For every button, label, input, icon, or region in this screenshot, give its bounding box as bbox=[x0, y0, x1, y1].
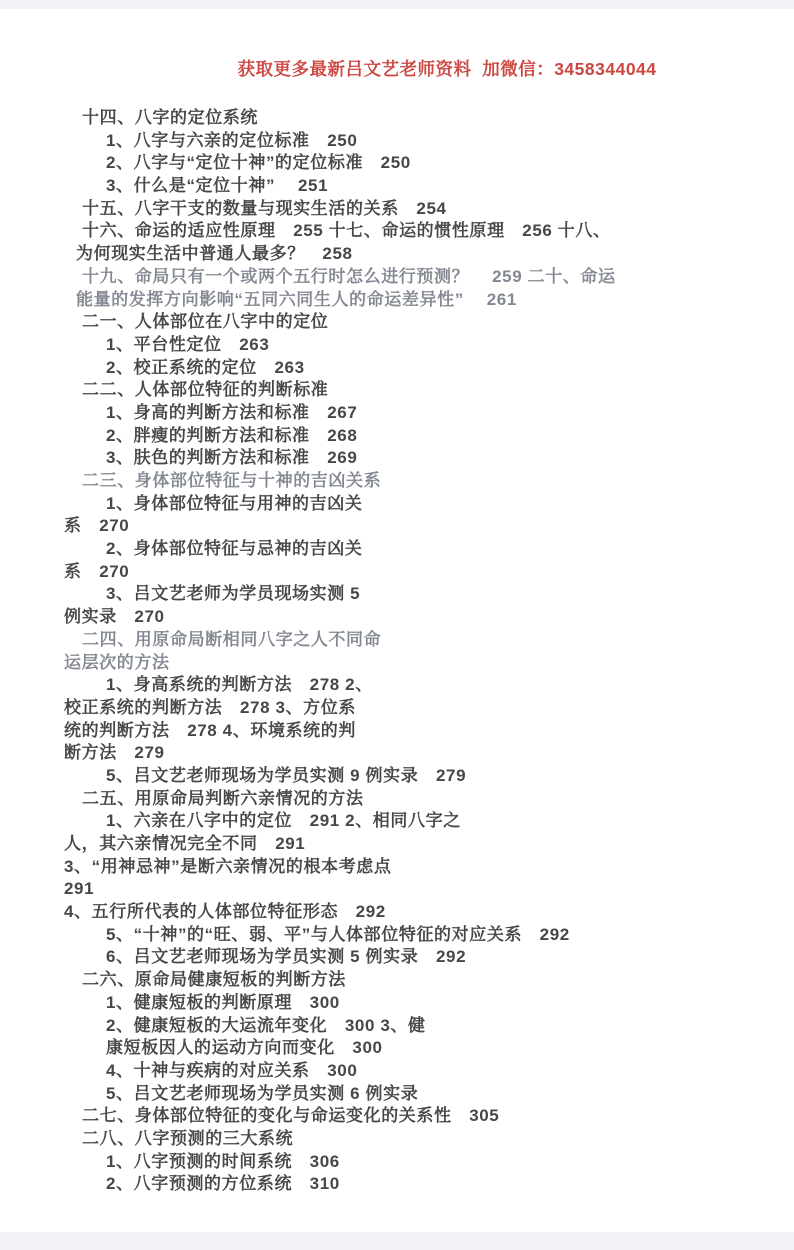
toc-line: 二七、身体部位特征的变化与命运变化的关系性 305 bbox=[0, 1105, 794, 1128]
toc-line: 例实录 270 bbox=[0, 606, 794, 629]
toc-line: 1、健康短板的判断原理 300 bbox=[0, 992, 794, 1015]
toc-line: 1、身体部位特征与用神的吉凶关 bbox=[0, 493, 794, 516]
scanned-document-viewer: { "colors": { "page_bg": "#ffffff", "ban… bbox=[0, 0, 794, 1250]
toc-line: 二二、人体部位特征的判断标准 bbox=[0, 379, 794, 402]
toc-line: 二四、用原命局断相同八字之人不同命 bbox=[0, 629, 794, 652]
toc-line: 康短板因人的运动方向而变化 300 bbox=[0, 1037, 794, 1060]
viewer-top-band bbox=[0, 0, 794, 9]
table-of-contents: 十四、八字的定位系统1、八字与六亲的定位标准 2502、八字与“定位十神”的定位… bbox=[0, 107, 794, 1196]
toc-line: 统的判断方法 278 4、环境系统的判 bbox=[0, 720, 794, 743]
toc-line: 3、“用神忌神”是断六亲情况的根本考虑点 bbox=[0, 856, 794, 879]
toc-line: 4、五行所代表的人体部位特征形态 292 bbox=[0, 901, 794, 924]
toc-line: 为何现实生活中普通人最多？ 258 bbox=[0, 243, 794, 266]
toc-line: 1、六亲在八字中的定位 291 2、相同八字之 bbox=[0, 810, 794, 833]
toc-line: 4、十神与疾病的对应关系 300 bbox=[0, 1060, 794, 1083]
toc-line: 十五、八字干支的数量与现实生活的关系 254 bbox=[0, 198, 794, 221]
toc-line: 十四、八字的定位系统 bbox=[0, 107, 794, 130]
toc-line: 二六、原命局健康短板的判断方法 bbox=[0, 969, 794, 992]
toc-line: 2、健康短板的大运流年变化 300 3、健 bbox=[0, 1015, 794, 1038]
toc-line: 十九、命局只有一个或两个五行时怎么进行预测？ 259 二十、命运 bbox=[0, 266, 794, 289]
toc-line: 系 270 bbox=[0, 515, 794, 538]
toc-line: 3、吕文艺老师为学员现场实测 5 bbox=[0, 583, 794, 606]
toc-line: 二一、人体部位在八字中的定位 bbox=[0, 311, 794, 334]
toc-line: 6、吕文艺老师现场为学员实测 5 例实录 292 bbox=[0, 946, 794, 969]
toc-line: 二三、身体部位特征与十神的吉凶关系 bbox=[0, 470, 794, 493]
toc-line: 5、“十神”的“旺、弱、平”与人体部位特征的对应关系 292 bbox=[0, 924, 794, 947]
toc-line: 3、什么是“定位十神” 251 bbox=[0, 175, 794, 198]
toc-line: 2、身体部位特征与忌神的吉凶关 bbox=[0, 538, 794, 561]
toc-line: 二八、八字预测的三大系统 bbox=[0, 1128, 794, 1151]
toc-line: 断方法 279 bbox=[0, 742, 794, 765]
toc-line: 十六、命运的适应性原理 255 十七、命运的惯性原理 256 十八、 bbox=[0, 220, 794, 243]
toc-line: 1、身高的判断方法和标准 267 bbox=[0, 402, 794, 425]
toc-line: 3、肤色的判断方法和标准 269 bbox=[0, 447, 794, 470]
promo-header: 获取更多最新吕文艺老师资料 加微信：3458344044 bbox=[0, 56, 794, 81]
toc-line: 2、校正系统的定位 263 bbox=[0, 357, 794, 380]
toc-line: 校正系统的判断方法 278 3、方位系 bbox=[0, 697, 794, 720]
toc-line: 2、八字与“定位十神”的定位标准 250 bbox=[0, 152, 794, 175]
toc-line: 1、八字与六亲的定位标准 250 bbox=[0, 130, 794, 153]
toc-line: 能量的发挥方向影响“五同六同生人的命运差异性” 261 bbox=[0, 289, 794, 312]
toc-line: 2、胖瘦的判断方法和标准 268 bbox=[0, 425, 794, 448]
toc-line: 系 270 bbox=[0, 561, 794, 584]
toc-line: 人，其六亲情况完全不同 291 bbox=[0, 833, 794, 856]
viewer-bottom-band bbox=[0, 1232, 794, 1250]
toc-line: 291 bbox=[0, 878, 794, 901]
toc-line: 5、吕文艺老师现场为学员实测 6 例实录 bbox=[0, 1083, 794, 1106]
toc-line: 1、身高系统的判断方法 278 2、 bbox=[0, 674, 794, 697]
toc-line: 1、平台性定位 263 bbox=[0, 334, 794, 357]
toc-line: 运层次的方法 bbox=[0, 652, 794, 675]
toc-line: 二五、用原命局判断六亲情况的方法 bbox=[0, 788, 794, 811]
toc-line: 2、八字预测的方位系统 310 bbox=[0, 1173, 794, 1196]
toc-line: 1、八字预测的时间系统 306 bbox=[0, 1151, 794, 1174]
toc-line: 5、吕文艺老师现场为学员实测 9 例实录 279 bbox=[0, 765, 794, 788]
